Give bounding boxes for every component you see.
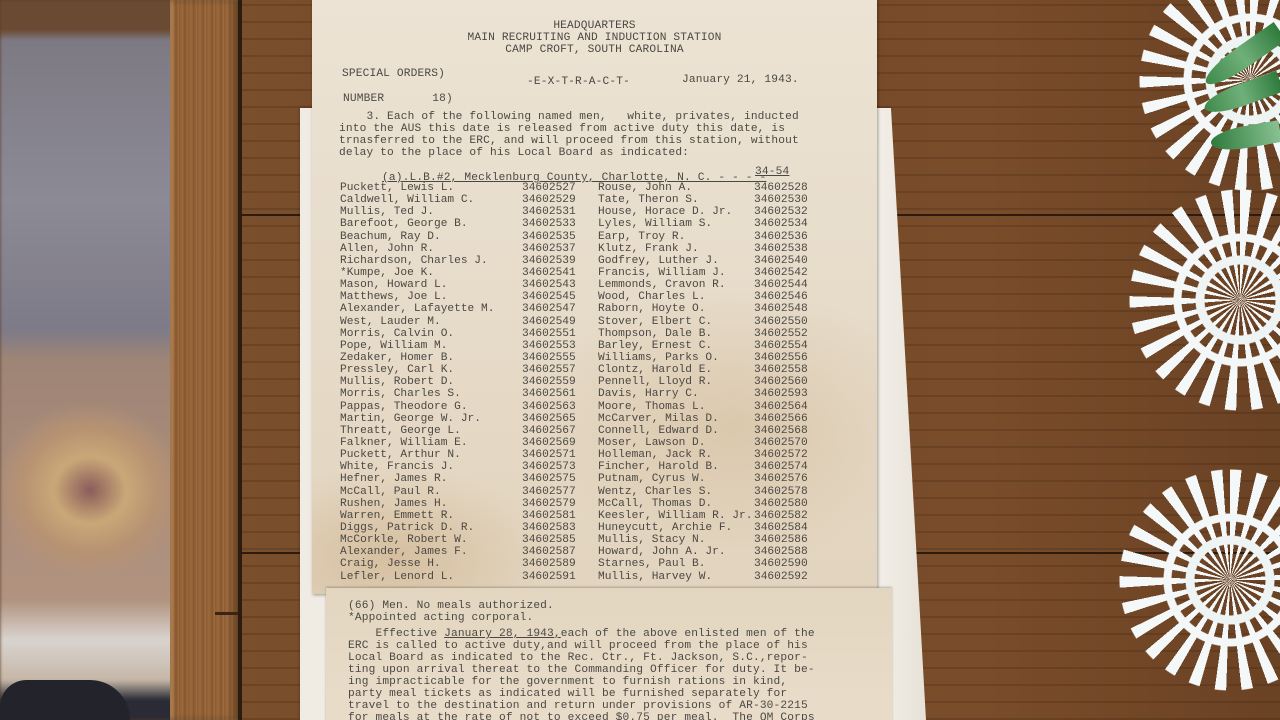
serial-number: 34602566	[754, 413, 808, 425]
serial-number: 34602571	[522, 449, 576, 461]
serial-number: 34602532	[754, 206, 808, 218]
inductee-name: Morris, Calvin O.	[340, 328, 454, 340]
serial-number: 34602529	[522, 194, 576, 206]
table-row: *Kumpe, Joe K.34602541Francis, William J…	[340, 267, 840, 279]
inductee-name: Fincher, Harold B.	[598, 461, 719, 473]
serial-number: 34602556	[754, 352, 808, 364]
local-board-code: 34-54	[755, 166, 789, 178]
table-row: Hefner, James R.34602575Putnam, Cyrus W.…	[340, 473, 840, 485]
serial-number: 34602592	[754, 571, 808, 583]
inductee-name: Threatt, George L.	[340, 425, 461, 437]
serial-number: 34602527	[522, 182, 576, 194]
table-row: Falkner, William E.34602569Moser, Lawson…	[340, 437, 840, 449]
inductee-name: Putnam, Cyrus W.	[598, 473, 705, 485]
serial-number: 34602580	[754, 498, 808, 510]
inductee-name: Earp, Troy R.	[598, 231, 685, 243]
header-line-3: CAMP CROFT, SOUTH CAROLINA	[312, 44, 877, 56]
table-row: Caldwell, William C.34602529Tate, Theron…	[340, 194, 840, 206]
serial-number: 34602549	[522, 316, 576, 328]
inductee-name: Lyles, William S.	[598, 218, 712, 230]
serial-number: 34602581	[522, 510, 576, 522]
serial-number: 34602578	[754, 486, 808, 498]
table-row: Mullis, Ted J.34602531House, Horace D. J…	[340, 206, 840, 218]
table-row: Morris, Charles S.34602561Davis, Harry C…	[340, 388, 840, 400]
effective-date: January 28, 1943,	[444, 628, 561, 640]
table-row: Threatt, George L.34602567Connell, Edwar…	[340, 425, 840, 437]
serial-number: 34602586	[754, 534, 808, 546]
table-row: Puckett, Arthur N.34602571Holleman, Jack…	[340, 449, 840, 461]
men-count-note: (66) Men. No meals authorized.	[348, 600, 554, 612]
inductee-name: Moore, Thomas L.	[598, 401, 705, 413]
serial-number: 34602552	[754, 328, 808, 340]
table-row: Pressley, Carl K.34602557Clontz, Harold …	[340, 364, 840, 376]
inductee-name: Mullis, Stacy N.	[598, 534, 705, 546]
header-line-1: HEADQUARTERS	[312, 20, 877, 32]
inductee-name: Morris, Charles S.	[340, 388, 461, 400]
inductee-name: Klutz, Frank J.	[598, 243, 699, 255]
inductee-name: White, Francis J.	[340, 461, 454, 473]
inductee-name: Lefler, Lenord L.	[340, 571, 454, 583]
inductee-name: *Kumpe, Joe K.	[340, 267, 434, 279]
inductee-name: Stover, Elbert C.	[598, 316, 712, 328]
inductee-name: Falkner, William E.	[340, 437, 468, 449]
inductee-name: Godfrey, Luther J.	[598, 255, 719, 267]
serial-number: 34602541	[522, 267, 576, 279]
table-row: Lefler, Lenord L.34602591Mullis, Harvey …	[340, 571, 840, 583]
serial-number: 34602583	[522, 522, 576, 534]
inductee-name: Thompson, Dale B.	[598, 328, 712, 340]
inductee-name: McCall, Paul R.	[340, 486, 441, 498]
inductee-name: Beachum, Ray D.	[340, 231, 441, 243]
inductee-name: Mullis, Harvey W.	[598, 571, 712, 583]
inductee-name: Wentz, Charles S.	[598, 486, 712, 498]
inductee-name: Wood, Charles L.	[598, 291, 705, 303]
inductee-name: Warren, Emmett R.	[340, 510, 454, 522]
table-row: Zedaker, Homer B.34602555Williams, Parks…	[340, 352, 840, 364]
inductee-name: Puckett, Lewis L.	[340, 182, 454, 194]
serial-number: 34602593	[754, 388, 808, 400]
serial-number: 34602540	[754, 255, 808, 267]
serial-number: 34602544	[754, 279, 808, 291]
paragraph-3-line: delay to the place of his Local Board as…	[339, 147, 689, 159]
inductee-name: Martin, George W. Jr.	[340, 413, 481, 425]
serial-number: 34602576	[754, 473, 808, 485]
serial-number: 34602528	[754, 182, 808, 194]
table-row: Barefoot, George B.34602533Lyles, Willia…	[340, 218, 840, 230]
serial-number: 34602587	[522, 546, 576, 558]
order-number-label: NUMBER 18)	[343, 93, 453, 105]
table-edge-joint	[215, 612, 238, 615]
inductee-name: Rouse, John A.	[598, 182, 692, 194]
inductee-name: McCarver, Milas D.	[598, 413, 719, 425]
paragraph-line: ing impracticable for the government to …	[348, 676, 787, 688]
inductee-name: West, Lauder M.	[340, 316, 441, 328]
inductee-name: Diggs, Patrick D. R.	[340, 522, 474, 534]
effective-rest: each of the above enlisted men of the	[561, 628, 815, 640]
serial-number: 34602553	[522, 340, 576, 352]
serial-number: 34602559	[522, 376, 576, 388]
serial-number: 34602570	[754, 437, 808, 449]
serial-number: 34602582	[754, 510, 808, 522]
blurred-foot	[0, 680, 130, 720]
serial-number: 34602575	[522, 473, 576, 485]
paragraph-3-line: trnasferred to the ERC, and will proceed…	[339, 135, 799, 147]
serial-number: 34602573	[522, 461, 576, 473]
serial-number: 34602534	[754, 218, 808, 230]
inductee-name: Alexander, Lafayette M.	[340, 303, 494, 315]
lace-doily-bottom	[1090, 460, 1280, 700]
table-row: Pope, William M.34602553Barley, Ernest C…	[340, 340, 840, 352]
serial-number: 34602548	[754, 303, 808, 315]
serial-number: 34602561	[522, 388, 576, 400]
table-row: McCorkle, Robert W.34602585Mullis, Stacy…	[340, 534, 840, 546]
inductee-name: Williams, Parks O.	[598, 352, 719, 364]
inductee-name: Richardson, Charles J.	[340, 255, 488, 267]
table-row: Richardson, Charles J.34602539Godfrey, L…	[340, 255, 840, 267]
serial-number: 34602542	[754, 267, 808, 279]
serial-number: 34602560	[754, 376, 808, 388]
inductee-name: Holleman, Jack R.	[598, 449, 712, 461]
serial-number: 34602530	[754, 194, 808, 206]
inductee-name: Raborn, Hoyte O.	[598, 303, 705, 315]
inductee-name: McCorkle, Robert W.	[340, 534, 468, 546]
inductee-name: Starnes, Paul B.	[598, 558, 705, 570]
inductee-name: Mullis, Robert D.	[340, 376, 454, 388]
table-row: Warren, Emmett R.34602581Keesler, Willia…	[340, 510, 840, 522]
table-row: White, Francis J.34602573Fincher, Harold…	[340, 461, 840, 473]
table-row: Craig, Jesse H.34602589Starnes, Paul B.3…	[340, 558, 840, 570]
serial-number: 34602558	[754, 364, 808, 376]
serial-number: 34602554	[754, 340, 808, 352]
paragraph-line: ERC is called to active duty,and will pr…	[348, 640, 808, 652]
table-row: Alexander, Lafayette M.34602547Raborn, H…	[340, 303, 840, 315]
inductee-name: Puckett, Arthur N.	[340, 449, 461, 461]
inductee-name: Allen, John R.	[340, 243, 434, 255]
inductee-name: Barefoot, George B.	[340, 218, 468, 230]
serial-number: 34602564	[754, 401, 808, 413]
serial-number: 34602536	[754, 231, 808, 243]
serial-number: 34602588	[754, 546, 808, 558]
serial-number: 34602590	[754, 558, 808, 570]
serial-number: 34602543	[522, 279, 576, 291]
serial-number: 34602535	[522, 231, 576, 243]
inductee-name: Connell, Edward D.	[598, 425, 719, 437]
inductee-name: Moser, Lawson D.	[598, 437, 705, 449]
table-row: McCall, Paul R.34602577Wentz, Charles S.…	[340, 486, 840, 498]
serial-number: 34602569	[522, 437, 576, 449]
inductee-name: Caldwell, William C.	[340, 194, 474, 206]
table-row: Mason, Howard L.34602543Lemmonds, Cravon…	[340, 279, 840, 291]
table-row: Pappas, Theodore G.34602563Moore, Thomas…	[340, 401, 840, 413]
inductee-name: House, Horace D. Jr.	[598, 206, 732, 218]
inductee-name: Pappas, Theodore G.	[340, 401, 468, 413]
inductee-name: Tate, Theron S.	[598, 194, 699, 206]
paragraph-3-line: 3. Each of the following named men, whit…	[339, 111, 799, 123]
inductee-name: Mason, Howard L.	[340, 279, 447, 291]
serial-number: 34602557	[522, 364, 576, 376]
serial-number: 34602546	[754, 291, 808, 303]
paragraph-line: travel to the destination and return und…	[348, 700, 808, 712]
serial-number: 34602537	[522, 243, 576, 255]
inductee-name: Pope, William M.	[340, 340, 447, 352]
table-row: Martin, George W. Jr.34602565McCarver, M…	[340, 413, 840, 425]
serial-number: 34602568	[754, 425, 808, 437]
serial-number: 34602531	[522, 206, 576, 218]
order-date: January 21, 1943.	[682, 74, 799, 86]
serial-number: 34602579	[522, 498, 576, 510]
serial-number: 34602585	[522, 534, 576, 546]
roster-table: Puckett, Lewis L.34602527Rouse, John A.3…	[340, 182, 840, 583]
serial-number: 34602551	[522, 328, 576, 340]
blurred-background-floor	[0, 0, 175, 720]
table-row: Allen, John R.34602537Klutz, Frank J.346…	[340, 243, 840, 255]
table-row: Rushen, James H.34602579McCall, Thomas D…	[340, 498, 840, 510]
inductee-name: Huneycutt, Archie F.	[598, 522, 732, 534]
inductee-name: Alexander, James F.	[340, 546, 468, 558]
serial-number: 34602545	[522, 291, 576, 303]
inductee-name: Hefner, James R.	[340, 473, 447, 485]
document-continuation: (66) Men. No meals authorized. *Appointe…	[326, 588, 892, 720]
inductee-name: Lemmonds, Cravon R.	[598, 279, 726, 291]
paragraph-line: party meal tickets as indicated will be …	[348, 688, 787, 700]
paragraph-line: for meals at the rate of not to exceed $…	[348, 712, 815, 720]
table-row: West, Lauder M.34602549Stover, Elbert C.…	[340, 316, 840, 328]
serial-number: 34602565	[522, 413, 576, 425]
header-line-2: MAIN RECRUITING AND INDUCTION STATION	[312, 32, 877, 44]
table-row: Beachum, Ray D.34602535Earp, Troy R.3460…	[340, 231, 840, 243]
inductee-name: Matthews, Joe L.	[340, 291, 447, 303]
special-orders-document: HEADQUARTERS MAIN RECRUITING AND INDUCTI…	[312, 0, 877, 594]
paragraph-line: Local Board as indicated to the Rec. Ctr…	[348, 652, 808, 664]
inductee-name: Davis, Harry C.	[598, 388, 699, 400]
serial-number: 34602538	[754, 243, 808, 255]
special-orders-label: SPECIAL ORDERS)	[342, 68, 445, 80]
inductee-name: Pennell, Lloyd R.	[598, 376, 712, 388]
inductee-name: Howard, John A. Jr.	[598, 546, 726, 558]
serial-number: 34602591	[522, 571, 576, 583]
table-row: Matthews, Joe L.34602545Wood, Charles L.…	[340, 291, 840, 303]
effective-prefix: Effective	[348, 628, 444, 640]
paragraph-3-line: into the AUS this date is released from …	[339, 123, 785, 135]
inductee-name: Mullis, Ted J.	[340, 206, 434, 218]
table-row: Alexander, James F.34602587Howard, John …	[340, 546, 840, 558]
inductee-name: McCall, Thomas D.	[598, 498, 712, 510]
inductee-name: Rushen, James H.	[340, 498, 447, 510]
serial-number: 34602572	[754, 449, 808, 461]
inductee-name: Keesler, William R. Jr.	[598, 510, 752, 522]
serial-number: 34602539	[522, 255, 576, 267]
inductee-name: Craig, Jesse H.	[340, 558, 441, 570]
serial-number: 34602574	[754, 461, 808, 473]
table-row: Morris, Calvin O.34602551Thompson, Dale …	[340, 328, 840, 340]
table-row: Diggs, Patrick D. R.34602583Huneycutt, A…	[340, 522, 840, 534]
serial-number: 34602563	[522, 401, 576, 413]
serial-number: 34602550	[754, 316, 808, 328]
serial-number: 34602547	[522, 303, 576, 315]
table-row: Mullis, Robert D.34602559Pennell, Lloyd …	[340, 376, 840, 388]
serial-number: 34602567	[522, 425, 576, 437]
serial-number: 34602577	[522, 486, 576, 498]
effective-line: Effective January 28, 1943,each of the a…	[348, 628, 815, 640]
inductee-name: Zedaker, Homer B.	[340, 352, 454, 364]
paragraph-line: ting upon arrival thereat to the Command…	[348, 664, 815, 676]
inductee-name: Barley, Ernest C.	[598, 340, 712, 352]
serial-number: 34602533	[522, 218, 576, 230]
serial-number: 34602555	[522, 352, 576, 364]
serial-number: 34602589	[522, 558, 576, 570]
inductee-name: Clontz, Harold E.	[598, 364, 712, 376]
table-row: Puckett, Lewis L.34602527Rouse, John A.3…	[340, 182, 840, 194]
inductee-name: Francis, William J.	[598, 267, 726, 279]
asterisk-note: *Appointed acting corporal.	[348, 612, 533, 624]
extract-label: -E-X-T-R-A-C-T-	[527, 76, 630, 88]
inductee-name: Pressley, Carl K.	[340, 364, 454, 376]
serial-number: 34602584	[754, 522, 808, 534]
